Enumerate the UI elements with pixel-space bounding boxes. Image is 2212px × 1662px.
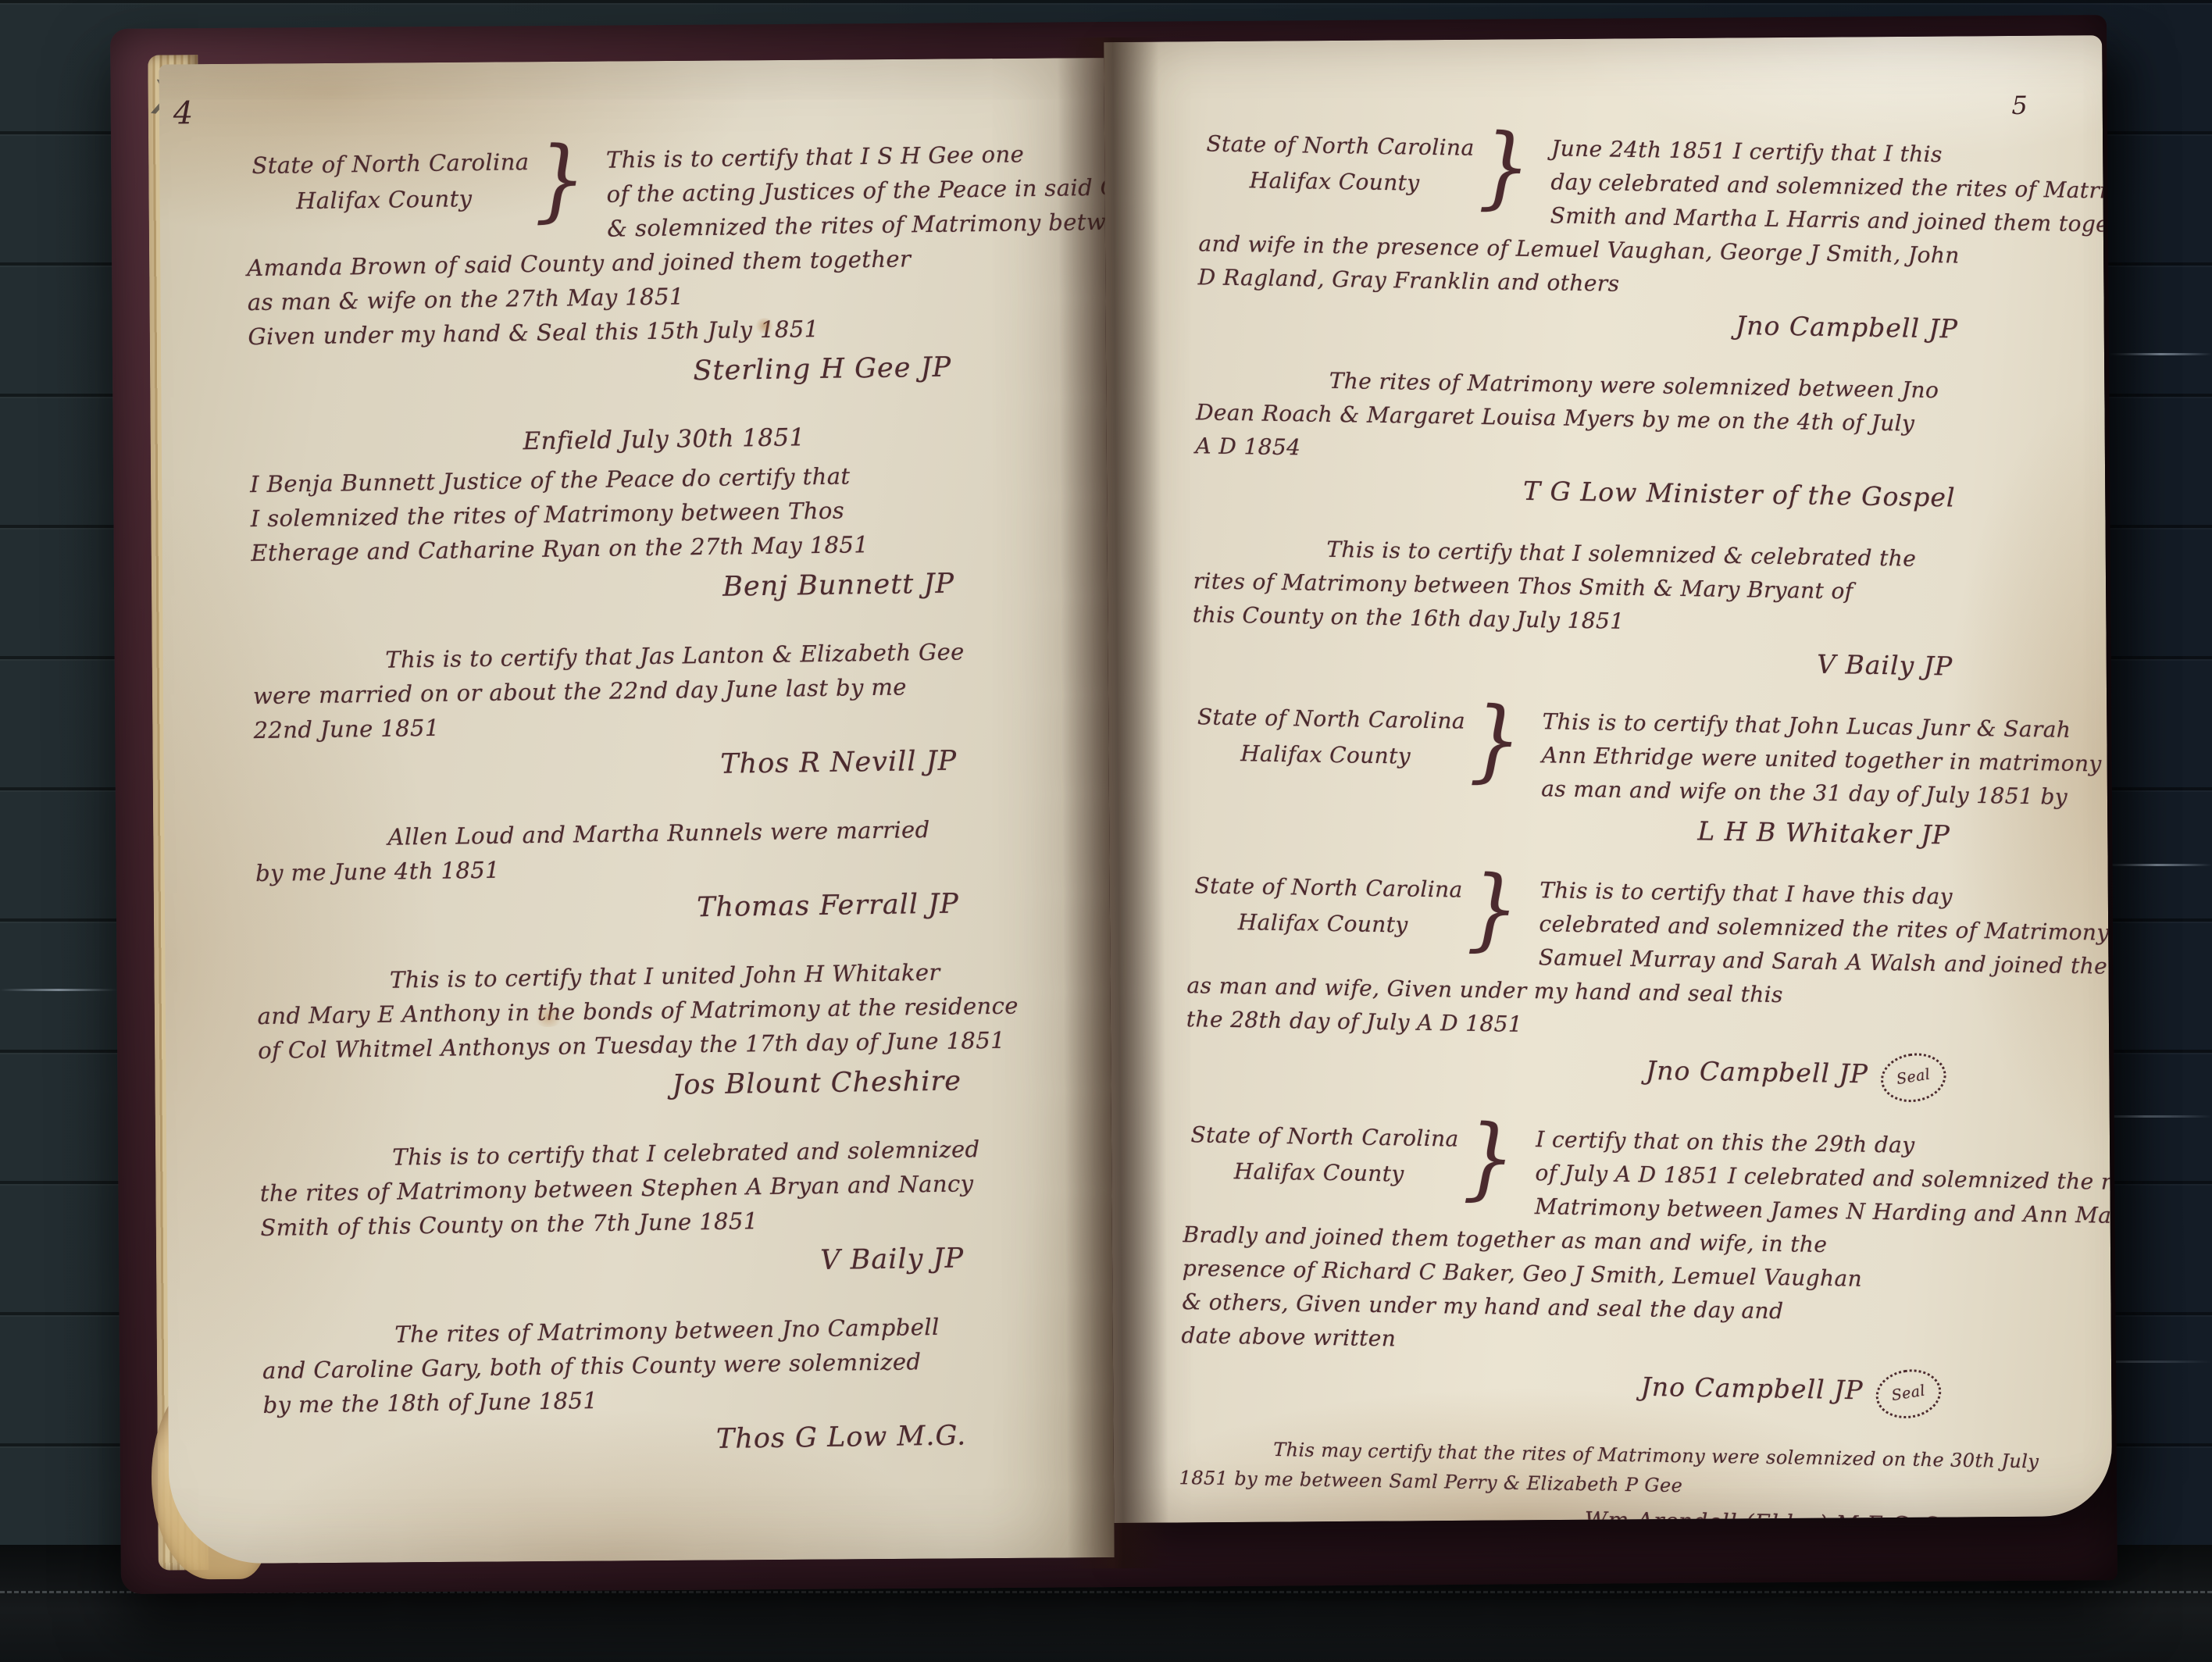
signature: Thos R Nevill JP (720, 746, 957, 780)
right-page-entries: State of North CarolinaHalifax County}Ju… (1104, 35, 2112, 1523)
jurisdiction-heading-line: State of North Carolina (1194, 868, 1463, 908)
signature-line: V Baily JP (261, 1240, 1066, 1286)
jurisdiction-heading-line: Halifax County (1233, 1154, 1458, 1193)
signature: Sterling H Gee JP (693, 352, 951, 387)
jurisdiction-heading-line: State of North Carolina (1197, 699, 1466, 739)
marriage-record-entry: State of North CarolinaHalifax County}Th… (245, 137, 1053, 395)
jurisdiction-heading-lines: State of North CarolinaHalifax County (252, 144, 530, 219)
signature: V Baily JP (1817, 649, 1953, 682)
jurisdiction-heading-line: State of North Carolina (1190, 1117, 1459, 1157)
jurisdiction-heading-lines: State of North CarolinaHalifax County (1205, 126, 1475, 202)
marriage-record-entry: This is to certify that Jas Lanton & Eli… (252, 633, 1058, 789)
marriage-record-entry: The rites of Matrimony were solemnized b… (1194, 362, 2059, 517)
jurisdiction-heading-line: Halifax County (296, 180, 530, 219)
open-record-book: X 4 State of North CarolinaHalifax Count… (110, 15, 2117, 1594)
jurisdiction-heading-lines: State of North CarolinaHalifax County (1193, 868, 1463, 943)
right-page: 5 State of North CarolinaHalifax County}… (1104, 35, 2112, 1523)
marriage-record-entry: State of North CarolinaHalifax County}Ju… (1197, 126, 2063, 348)
brace-glyph: } (1467, 890, 1519, 927)
signature: Thomas Ferrall JP (697, 889, 959, 924)
jurisdiction-heading: State of North CarolinaHalifax County} (1197, 699, 1522, 776)
signature: Benj Bunnett JP (722, 569, 954, 603)
jurisdiction-heading: State of North CarolinaHalifax County} (1205, 126, 1531, 203)
signature-line: V Baily JP (1192, 637, 2055, 686)
signature: L H B Whitaker JP (1697, 815, 1950, 850)
scratch-mark (2101, 864, 2212, 866)
marriage-record-entry: Allen Loud and Martha Runnels were marri… (255, 811, 1061, 932)
seal-mark: Seal (1877, 1049, 1950, 1107)
brace-glyph: } (533, 160, 586, 198)
signature-line: Thos G Low M.G. (263, 1418, 1069, 1464)
signature: Jno Campbell JP (1640, 1371, 1863, 1405)
marriage-record-entry: This is to certify that I celebrated and… (259, 1131, 1065, 1286)
seal-mark: Seal (1872, 1364, 1945, 1423)
left-page-entries: State of North CarolinaHalifax County}Th… (159, 58, 1114, 1564)
signature: Jno Campbell JP (1646, 1055, 1868, 1089)
jurisdiction-heading-line: State of North Carolina (252, 144, 530, 184)
signature: T G Low Minister of the Gospel (1523, 476, 1956, 513)
jurisdiction-heading: State of North CarolinaHalifax County} (1190, 1117, 1515, 1194)
jurisdiction-heading-lines: State of North CarolinaHalifax County (1197, 699, 1466, 775)
jurisdiction-heading-lines: State of North CarolinaHalifax County (1190, 1117, 1459, 1193)
entry-line: by me June 4th 1851 (255, 845, 1061, 890)
signature-line: Jno Campbell JP (1197, 300, 2060, 348)
marriage-record-entry: State of North CarolinaHalifax County}I … (1180, 1117, 2047, 1420)
signature-line: L H B Whitaker JP (1189, 806, 2052, 854)
signature-line: Jno Campbell JPSeal (1185, 1042, 2048, 1104)
jurisdiction-heading: State of North CarolinaHalifax County} (252, 143, 587, 219)
jurisdiction-heading: State of North CarolinaHalifax County} (1193, 868, 1519, 945)
signature: Wm Arendell (Elder) M E C. S (1585, 1507, 1940, 1523)
signature-line: Benj Bunnett JP (252, 565, 1057, 612)
marriage-record-entry: The rites of Matrimony between Jno Campb… (262, 1308, 1068, 1464)
marriage-record-entry: Enfield July 30th 1851I Benja Bunnett Ju… (249, 417, 1056, 612)
signature-line: Jos Blount Cheshire (259, 1063, 1064, 1109)
brace-glyph: } (1463, 1139, 1515, 1176)
marriage-record-entry: This may certify that the rites of Matri… (1179, 1433, 2043, 1523)
signature-line: Jno Campbell JPSeal (1180, 1358, 2043, 1420)
scratch-mark (2109, 353, 2212, 355)
signature-line: Thomas Ferrall JP (256, 886, 1061, 932)
signature: Jos Blount Cheshire (672, 1065, 962, 1100)
entry-dateline: Enfield July 30th 1851 (523, 417, 1054, 458)
signature: Thos G Low M.G. (716, 1420, 967, 1454)
signature: Jno Campbell JP (1736, 310, 1958, 344)
brace-glyph: } (1479, 148, 1531, 185)
jurisdiction-heading-line: Halifax County (1249, 162, 1474, 202)
marriage-record-entry: State of North CarolinaHalifax County}Th… (1185, 868, 2050, 1104)
left-page: 4 State of North CarolinaHalifax County}… (159, 58, 1114, 1564)
marriage-record-entry: This is to certify that I solemnized & c… (1192, 530, 2057, 686)
signature-line: Sterling H Gee JP (248, 349, 1054, 395)
scratch-mark (0, 989, 117, 991)
marriage-record-entry: This is to certify that I united John H … (257, 954, 1063, 1109)
signature-line: Thos R Nevill JP (254, 743, 1059, 789)
jurisdiction-heading-line: Halifax County (1240, 736, 1465, 776)
brace-glyph: } (1469, 721, 1522, 758)
photo-of-marriage-register: { "document_type": "Handwritten marriage… (0, 0, 2212, 1662)
jurisdiction-heading-line: Halifax County (1237, 904, 1462, 944)
jurisdiction-heading-line: State of North Carolina (1206, 126, 1475, 166)
signature-line: T G Low Minister of the Gospel (1194, 469, 2057, 517)
marriage-record-entry: State of North CarolinaHalifax County}Th… (1189, 699, 2053, 854)
signature: V Baily JP (820, 1243, 964, 1276)
